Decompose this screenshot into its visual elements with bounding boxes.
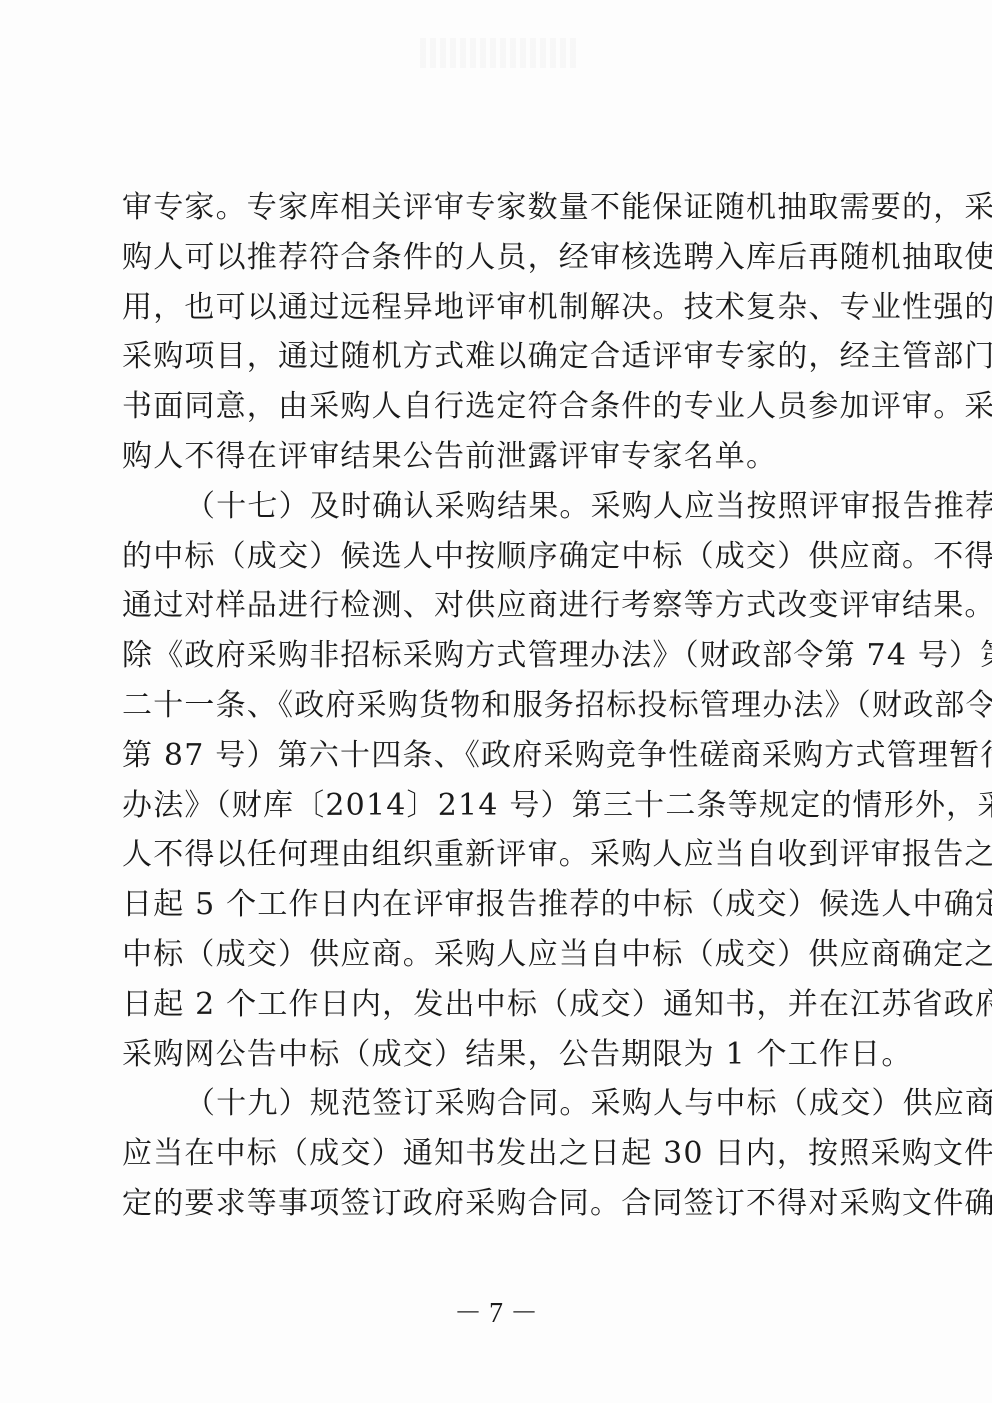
text-line: 应当在中标（成交）通知书发出之日起 30 日内，按照采购文件确 bbox=[122, 1129, 878, 1179]
paragraph-continuation: 审专家。专家库相关评审专家数量不能保证随机抽取需要的，采 购人可以推荐符合条件的… bbox=[122, 183, 878, 482]
text-line: 定的要求等事项签订政府采购合同。合同签订不得对采购文件确 bbox=[122, 1179, 878, 1229]
text-line: 第 87 号）第六十四条、《政府采购竞争性磋商采购方式管理暂行 bbox=[122, 731, 878, 781]
text-line: 审专家。专家库相关评审专家数量不能保证随机抽取需要的，采 bbox=[122, 183, 878, 233]
paragraph-section-17: （十七）及时确认采购结果。采购人应当按照评审报告推荐 的中标（成交）候选人中按顺… bbox=[122, 482, 878, 1080]
text-line: 除《政府采购非招标采购方式管理办法》（财政部令第 74 号）第 bbox=[122, 631, 878, 681]
text-line: 人不得以任何理由组织重新评审。采购人应当自收到评审报告之 bbox=[122, 830, 878, 880]
text-line: 日起 5 个工作日内在评审报告推荐的中标（成交）候选人中确定 bbox=[122, 880, 878, 930]
paragraph-section-19: （十九）规范签订采购合同。采购人与中标（成交）供应商 应当在中标（成交）通知书发… bbox=[122, 1079, 878, 1228]
document-page: 审专家。专家库相关评审专家数量不能保证随机抽取需要的，采 购人可以推荐符合条件的… bbox=[0, 0, 992, 1403]
scan-bleed-through bbox=[420, 38, 580, 68]
text-line: 二十一条、《政府采购货物和服务招标投标管理办法》（财政部令 bbox=[122, 681, 878, 731]
text-line: 通过对样品进行检测、对供应商进行考察等方式改变评审结果。 bbox=[122, 581, 878, 631]
text-line: 购人可以推荐符合条件的人员，经审核选聘入库后再随机抽取使 bbox=[122, 233, 878, 283]
text-line: 采购项目，通过随机方式难以确定合适评审专家的，经主管部门 bbox=[122, 332, 878, 382]
text-line: 书面同意，由采购人自行选定符合条件的专业人员参加评审。采 bbox=[122, 382, 878, 432]
text-line: 采购网公告中标（成交）结果，公告期限为 1 个工作日。 bbox=[122, 1030, 878, 1080]
section-heading-line: （十七）及时确认采购结果。采购人应当按照评审报告推荐 bbox=[122, 482, 878, 532]
text-line: 中标（成交）供应商。采购人应当自中标（成交）供应商确定之 bbox=[122, 930, 878, 980]
text-line: 用，也可以通过远程异地评审机制解决。技术复杂、专业性强的 bbox=[122, 283, 878, 333]
text-line: 购人不得在评审结果公告前泄露评审专家名单。 bbox=[122, 432, 878, 482]
section-heading-line: （十九）规范签订采购合同。采购人与中标（成交）供应商 bbox=[122, 1079, 878, 1129]
text-line: 办法》（财库〔2014〕214 号）第三十二条等规定的情形外，采购 bbox=[122, 781, 878, 831]
text-line: 日起 2 个工作日内，发出中标（成交）通知书，并在江苏省政府 bbox=[122, 980, 878, 1030]
page-number: － 7 － bbox=[0, 1291, 992, 1331]
body-text: 审专家。专家库相关评审专家数量不能保证随机抽取需要的，采 购人可以推荐符合条件的… bbox=[122, 183, 878, 1229]
text-line: 的中标（成交）候选人中按顺序确定中标（成交）供应商。不得 bbox=[122, 532, 878, 582]
